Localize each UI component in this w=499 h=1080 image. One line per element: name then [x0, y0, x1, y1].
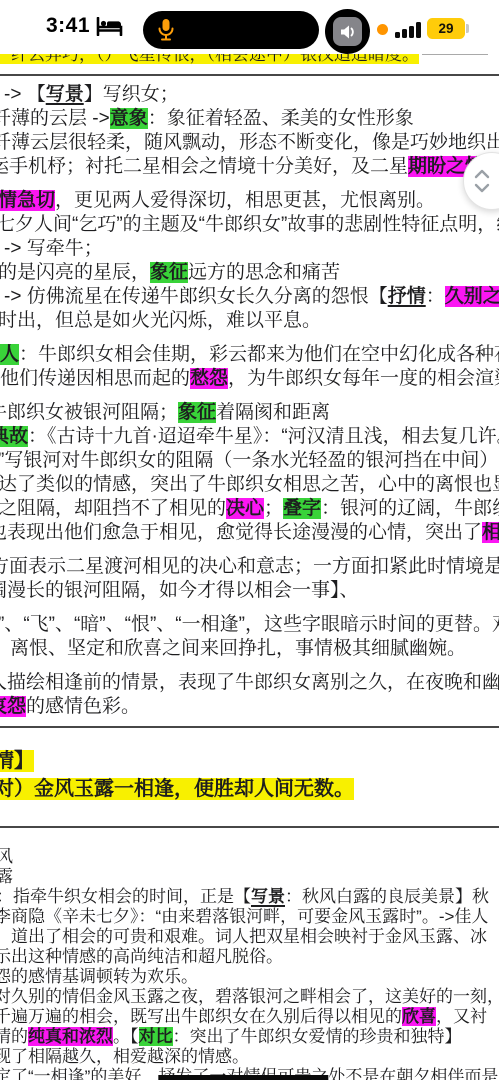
doc-text: 的是闪亮的星辰， — [0, 262, 150, 283]
doc-line: ）纤云弄巧，（）飞星传恨，（相会途中）银汉迢迢暗度。 — [0, 52, 499, 67]
doc-line: 也表现出他们愈急于相见，愈觉得长途漫漫的心情，突出了相思之苦 — [0, 521, 499, 545]
highlighted-text: 意象 — [110, 108, 148, 129]
highlighted-text: 欣喜 — [402, 1007, 436, 1026]
doc-text: ； — [264, 498, 283, 519]
doc-line: 阔漫长的银河阻隔，如今才得以相会一事】、 — [0, 579, 499, 603]
doc-line: ”、“飞”、“暗”、“恨”、“一相逢”，这些字眼暗示时间的更替。双星的 — [0, 613, 499, 637]
battery-icon: 29 — [427, 18, 465, 39]
doc-text: ，道出了相会的可贵和艰难。词人把双星相会映衬于金风玉露、冰 — [0, 927, 487, 946]
status-bar: 3:41 29 — [0, 0, 499, 54]
battery-percent: 29 — [427, 18, 465, 39]
speaker-icon — [333, 17, 362, 46]
highlighted-text: 对）金风玉露一相逢，便胜却人间无数。 — [0, 778, 354, 800]
highlighted-text: 决心 — [226, 498, 264, 519]
doc-text: 风 — [0, 847, 13, 866]
doc-text: 牛郎织女被银河阻隔； — [0, 402, 178, 423]
doc-text: 处不是在朝夕相伴而是 — [328, 1067, 498, 1080]
doc-line: ”写银河对牛郎织女的阻隔（一条水光轻盈的银河挡在中间）->诗人 — [0, 449, 499, 473]
doc-text: 情的 — [0, 1027, 28, 1046]
volume-button[interactable] — [325, 9, 370, 54]
dynamic-island-recording-pill[interactable] — [143, 11, 319, 49]
doc-text: ：《古诗十九首·迢迢牵牛星》：“河汉清且浅，相去复几许。盈 — [28, 426, 499, 447]
spacer — [0, 835, 499, 847]
doc-line: 他们传递因相思而起的愁怨，为牛郎织女每年一度的相会渲染气氛。 — [0, 367, 499, 391]
doc-text: 千遍万遍的相会，既写出牛郎织女在久别后得以相见的 — [0, 1007, 402, 1026]
doc-section-bottom-notes: 风露：指牵牛织女相会的时间，正是【写景：秋风白露的良辰美景】秋李商隐《辛未七夕》… — [0, 835, 499, 1080]
doc-line: 情急切，更见两人爱得深切，相思更甚，尤恨离别。 — [0, 189, 499, 213]
doc-text: 人描绘相逢前的情景，表现了牛郎织女离别之久，在夜晚和幽暗的氛 — [0, 672, 499, 693]
recording-indicator-icon — [377, 24, 388, 35]
doc-text: 。【 — [113, 1027, 139, 1046]
doc-line: 千遍万遍的相会，既写出牛郎织女在久别后得以相见的欣喜，又衬 — [0, 1007, 499, 1027]
highlighted-text: 象征 — [150, 262, 188, 283]
doc-line: ：指牵牛织女相会的时间，正是【写景：秋风白露的良辰美景】秋 — [0, 887, 499, 907]
doc-text: 离恨、坚定和欣喜之间来回挣扎，事情极其细腻幽婉。 — [10, 638, 466, 659]
doc-line: 对）金风玉露一相逢，便胜却人间无数。 — [0, 775, 499, 803]
doc-text: 写景 — [251, 887, 285, 906]
doc-line: 离恨、坚定和欣喜之间来回挣扎，事情极其细腻幽婉。 — [10, 637, 499, 661]
doc-line: 人：牛郎织女相会佳期，彩云都来为他们在空中幻化成各种花样的云 — [0, 343, 499, 367]
highlighted-text: 纯真和浓烈 — [28, 1027, 113, 1046]
spacer — [0, 333, 499, 343]
doc-text: 纤薄云层很轻柔，随风飘动，形态不断变化，像是巧妙地织出了 — [0, 132, 499, 153]
doc-line: 风 — [0, 847, 499, 867]
doc-line: 牛郎织女被银河阻隔；象征着隔阂和距离 — [0, 401, 499, 425]
doc-line: 怨的感情基调顿转为欢乐。 — [0, 967, 499, 987]
doc-text: ： — [426, 286, 445, 307]
doc-text: 现了相隔越久，相爱越深的情感。 — [0, 1047, 249, 1066]
document: ）纤云弄巧，（）飞星传恨，（相会途中）银汉迢迢暗度。-> 【写景】写织女；纤薄的… — [0, 52, 499, 1080]
doc-line: 七夕人间“乞巧”的主题及“牛郎织女”故事的悲剧性特征点明，练达而凝 — [0, 213, 499, 237]
spacer — [0, 545, 499, 555]
battery-cap — [466, 24, 469, 33]
doc-text: ：秋风白露的良辰美景】秋 — [285, 887, 489, 906]
highlighted-text: 久别之恨、相 — [445, 286, 499, 307]
doc-text: 露 — [0, 867, 13, 886]
spacer — [0, 735, 499, 747]
doc-text: 】写织女； — [84, 84, 179, 105]
spacer — [0, 803, 499, 819]
doc-text: 他们传递因相思而起的 — [0, 368, 190, 389]
doc-line: -> 仿佛流星在传递牛郎织女长久分离的怨恨【抒情：久别之恨、相 — [4, 285, 499, 309]
doc-line: 哀怨的感情色彩。 — [0, 695, 499, 719]
doc-text: 写景 — [46, 84, 84, 105]
doc-line: 纤薄云层很轻柔，随风飘动，形态不断变化，像是巧妙地织出了 — [0, 131, 499, 155]
doc-line: 运手机杼；衬托二星相会之情境十分美好，及二星期盼之情。 — [0, 155, 499, 179]
doc-line: 李商隐《辛未七夕》：“由来碧落银河畔，可要金风玉露时”。->佳人 — [0, 907, 499, 927]
doc-text: 着隔阂和距离 — [216, 402, 330, 423]
highlighted-text: 象征 — [178, 402, 216, 423]
highlighted-text: 典故 — [0, 426, 28, 447]
highlighted-text: 愁怨 — [190, 368, 228, 389]
doc-line: -> 写牵牛； — [4, 237, 499, 261]
doc-text: -> 写牵牛； — [4, 238, 103, 259]
doc-line: ，道出了相会的可贵和艰难。词人把双星相会映衬于金风玉露、冰 — [0, 927, 499, 947]
doc-text: 运手机杼；衬托二星相会之情境十分美好，及二星 — [0, 156, 408, 177]
highlighted-text: 哀怨 — [0, 696, 26, 717]
doc-text: 定了“一相逢”的美好， — [0, 1067, 158, 1080]
doc-line: 典故：《古诗十九首·迢迢牵牛星》：“河汉清且浅，相去复几许。盈 — [0, 425, 499, 449]
doc-text: 示出这种情感的高尚纯洁和超凡脱俗。 — [0, 947, 283, 966]
doc-line: 纤薄的云层 ->意象：象征着轻盈、柔美的女性形象 — [0, 107, 499, 131]
doc-text: 之阻隔，却阻挡不了相见的 — [0, 498, 226, 519]
doc-text: -> 【 — [4, 84, 46, 105]
divider — [0, 74, 499, 76]
doc-text: ：银河的辽阔，牛郎织女相 — [321, 498, 499, 519]
doc-line: 露 — [0, 867, 499, 887]
doc-text: ：突出了牛郎织女爱情的珍贵和独特】 — [173, 1027, 462, 1046]
doc-text: 远方的思念和痛苦 — [188, 262, 340, 283]
sleep-mode-bed-icon — [96, 17, 123, 41]
divider — [0, 726, 499, 728]
doc-line: 方面表示二星渡河相见的决心和意志；一方面扣紧此时情境是夜晚。 — [0, 555, 499, 579]
doc-text: 也表现出他们愈急于相见，愈觉得长途漫漫的心情，突出了 — [0, 522, 482, 543]
doc-text: ”写银河对牛郎织女的阻隔（一条水光轻盈的银河挡在中间）->诗人 — [0, 450, 499, 471]
doc-line: 定了“一相逢”的美好，抒发了一对情侣可贵之处不是在朝夕相伴而是 — [0, 1067, 499, 1080]
doc-text: 纤薄的云层 -> — [0, 108, 110, 129]
highlighted-text: 情】 — [0, 750, 34, 772]
divider — [0, 826, 499, 828]
spacer — [0, 391, 499, 401]
doc-line: 之阻隔，却阻挡不了相见的决心；叠字：银河的辽阔，牛郎织女相 — [0, 497, 499, 521]
doc-text: ：牛郎织女相会佳期，彩云都来为他们在空中幻化成各种花样的云 — [19, 344, 499, 365]
doc-text: 抒情 — [388, 286, 426, 307]
doc-line: 情的纯真和浓烈。【对比：突出了牛郎织女爱情的珍贵和独特】 — [0, 1027, 499, 1047]
clock: 3:41 — [46, 14, 90, 38]
highlighted-text: 情急切 — [0, 190, 55, 211]
doc-section-poem-highlight: 情】对）金风玉露一相逢，便胜却人间无数。 — [0, 726, 499, 828]
doc-text: ：指牵牛织女相会的时间，正是【 — [0, 887, 251, 906]
doc-text: 时出，但总是如火光闪烁，难以平息。 — [0, 310, 321, 331]
cellular-signal-icon — [395, 22, 421, 38]
highlighted-text: 相思之苦 — [482, 522, 499, 543]
doc-text: -> 仿佛流星在传递牛郎织女长久分离的怨恨【 — [4, 286, 388, 307]
spacer — [0, 603, 499, 613]
doc-line: 情】 — [0, 747, 499, 775]
doc-text: 的感情色彩。 — [26, 696, 140, 717]
doc-line: -> 【写景】写织女； — [4, 83, 499, 107]
doc-text: 阔漫长的银河阻隔，如今才得以相会一事】、 — [0, 580, 359, 601]
doc-line: 达了类似的情感，突出了牛郎织女相思之苦，心中的离恨也显得更 — [0, 473, 499, 497]
doc-text: ，更见两人爱得深切，相思更甚，尤恨离别。 — [55, 190, 435, 211]
scroll-up-button[interactable] — [473, 169, 491, 180]
doc-line: 对久别的情侣金风玉露之夜，碧落银河之畔相会了，这美好的一刻， — [0, 987, 499, 1007]
scroll-down-button[interactable] — [473, 183, 491, 194]
doc-text: ”、“飞”、“暗”、“恨”、“一相逢”，这些字眼暗示时间的更替。双星的 — [0, 614, 499, 635]
doc-line: 的是闪亮的星辰，象征远方的思念和痛苦 — [0, 261, 499, 285]
struck-text: 抒发了一对情侣可贵之 — [158, 1067, 328, 1080]
doc-text: 怨的感情基调顿转为欢乐。 — [0, 967, 198, 986]
spacer — [0, 179, 499, 189]
microphone-icon — [157, 18, 175, 47]
doc-text: 对久别的情侣金风玉露之夜，碧落银河之畔相会了，这美好的一刻， — [0, 987, 499, 1006]
spacer — [0, 661, 499, 671]
doc-text: 七夕人间“乞巧”的主题及“牛郎织女”故事的悲剧性特征点明，练达而凝 — [0, 214, 499, 235]
doc-line: 时出，但总是如火光闪烁，难以平息。 — [0, 309, 499, 333]
doc-text: 方面表示二星渡河相见的决心和意志；一方面扣紧此时情境是夜晚。 — [0, 556, 499, 577]
highlighted-text: 人 — [0, 344, 19, 365]
highlighted-text: 对比 — [139, 1027, 173, 1046]
doc-text: ，又衬 — [436, 1007, 487, 1026]
doc-text: ，为牛郎织女每年一度的相会渲染气氛。 — [228, 368, 499, 389]
doc-text: 李商隐《辛未七夕》：“由来碧落银河畔，可要金风玉露时”。->佳人 — [0, 907, 488, 926]
doc-text: ：象征着轻盈、柔美的女性形象 — [148, 108, 414, 129]
doc-line: 人描绘相逢前的情景，表现了牛郎织女离别之久，在夜晚和幽暗的氛 — [0, 671, 499, 695]
highlighted-text: 叠字 — [283, 498, 321, 519]
doc-section-top-notes: ）纤云弄巧，（）飞星传恨，（相会途中）银汉迢迢暗度。-> 【写景】写织女；纤薄的… — [0, 52, 499, 719]
doc-line: 现了相隔越久，相爱越深的情感。 — [0, 1047, 499, 1067]
doc-line: 示出这种情感的高尚纯洁和超凡脱俗。 — [0, 947, 499, 967]
doc-text: 达了类似的情感，突出了牛郎织女相思之苦，心中的离恨也显得更 — [0, 474, 499, 495]
